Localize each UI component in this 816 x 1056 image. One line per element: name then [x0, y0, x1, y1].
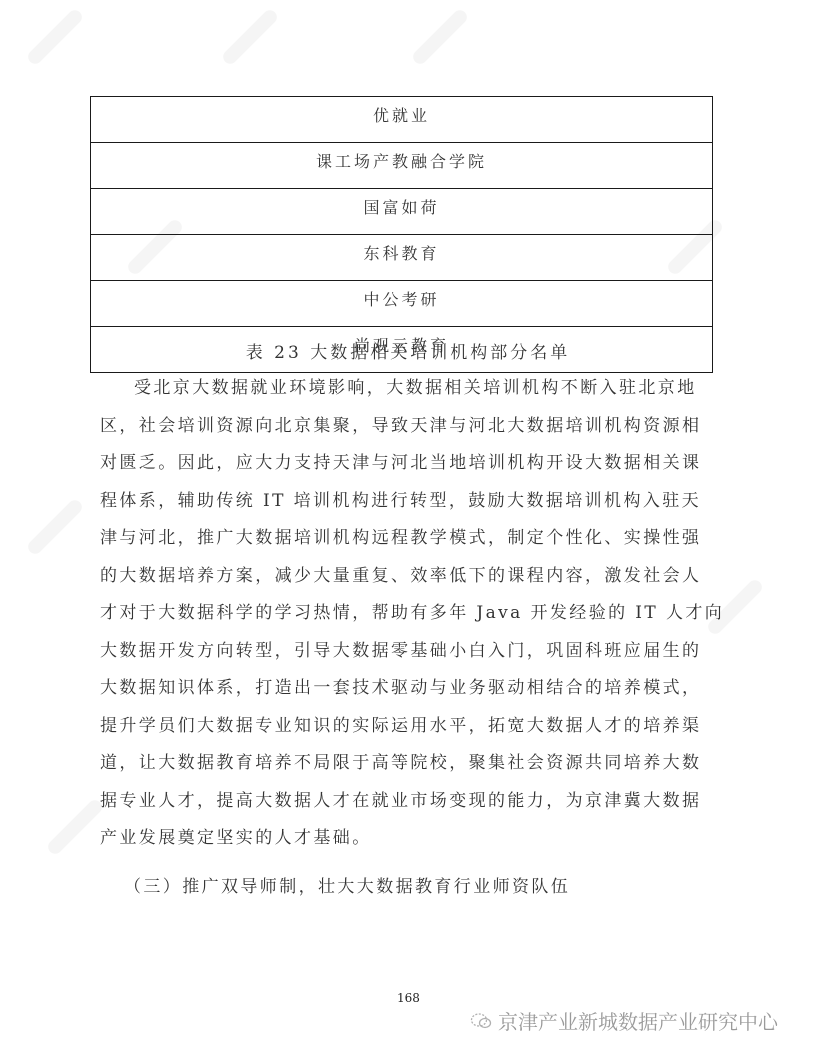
table-cell: 国富如荷: [91, 189, 713, 235]
text-line: 的大数据培养方案，减少大量重复、效率低下的课程内容，激发社会人: [100, 558, 720, 596]
text-line: 大数据开发方向转型，引导大数据零基础小白入门，巩固科班应届生的: [100, 633, 720, 671]
watermark: [25, 7, 84, 66]
text-line: 区，社会培训资源向北京集聚，导致天津与河北大数据培训机构资源相: [100, 408, 720, 446]
text-line: 提升学员们大数据专业知识的实际运用水平，拓宽大数据人才的培养渠: [100, 708, 720, 746]
training-institutions-table: 优就业 课工场产教融合学院 国富如荷 东科教育 中公考研 尚观云教育: [90, 96, 713, 373]
page-number: 168: [397, 991, 420, 1005]
text-line: 据专业人才，提高大数据人才在就业市场变现的能力，为京津冀大数据: [100, 783, 720, 821]
text-line: 才对于大数据科学的学习热情，帮助有多年 Java 开发经验的 IT 人才向: [100, 595, 720, 633]
text-line: 受北京大数据就业环境影响，大数据相关培训机构不断入驻北京地: [100, 370, 720, 408]
watermark: [410, 7, 469, 66]
table-row: 东科教育: [91, 235, 713, 281]
text-line: 大数据知识体系，打造出一套技术驱动与业务驱动相结合的培养模式，: [100, 670, 720, 708]
text-line: 对匮乏。因此，应大力支持天津与河北当地培训机构开设大数据相关课: [100, 445, 720, 483]
text-line: 津与河北，推广大数据培训机构远程教学模式，制定个性化、实操性强: [100, 520, 720, 558]
watermark: [45, 797, 104, 856]
watermark-brand: 京津产业新城数据产业研究中心: [470, 1006, 778, 1035]
text-line: 产业发展奠定坚实的人才基础。: [100, 820, 720, 858]
brand-name: 京津产业新城数据产业研究中心: [498, 1006, 778, 1035]
text-line: 程体系，辅助传统 IT 培训机构进行转型，鼓励大数据培训机构入驻天: [100, 483, 720, 521]
watermark: [25, 497, 84, 556]
table-row: 中公考研: [91, 281, 713, 327]
table-caption: 表 23 大数据相关培训机构部分名单: [0, 338, 816, 363]
text-line: 道，让大数据教育培养不局限于高等院校，聚集社会资源共同培养大数: [100, 745, 720, 783]
wechat-icon: [470, 1012, 492, 1030]
section-heading: （三）推广双导师制，壮大大数据教育行业师资队伍: [124, 872, 570, 897]
table-row: 国富如荷: [91, 189, 713, 235]
watermark: [220, 7, 279, 66]
table-cell: 优就业: [91, 97, 713, 143]
table-row: 优就业: [91, 97, 713, 143]
table-cell: 东科教育: [91, 235, 713, 281]
table-row: 课工场产教融合学院: [91, 143, 713, 189]
body-paragraph: 受北京大数据就业环境影响，大数据相关培训机构不断入驻北京地 区，社会培训资源向北…: [100, 370, 720, 858]
table-cell: 课工场产教融合学院: [91, 143, 713, 189]
table-cell: 中公考研: [91, 281, 713, 327]
